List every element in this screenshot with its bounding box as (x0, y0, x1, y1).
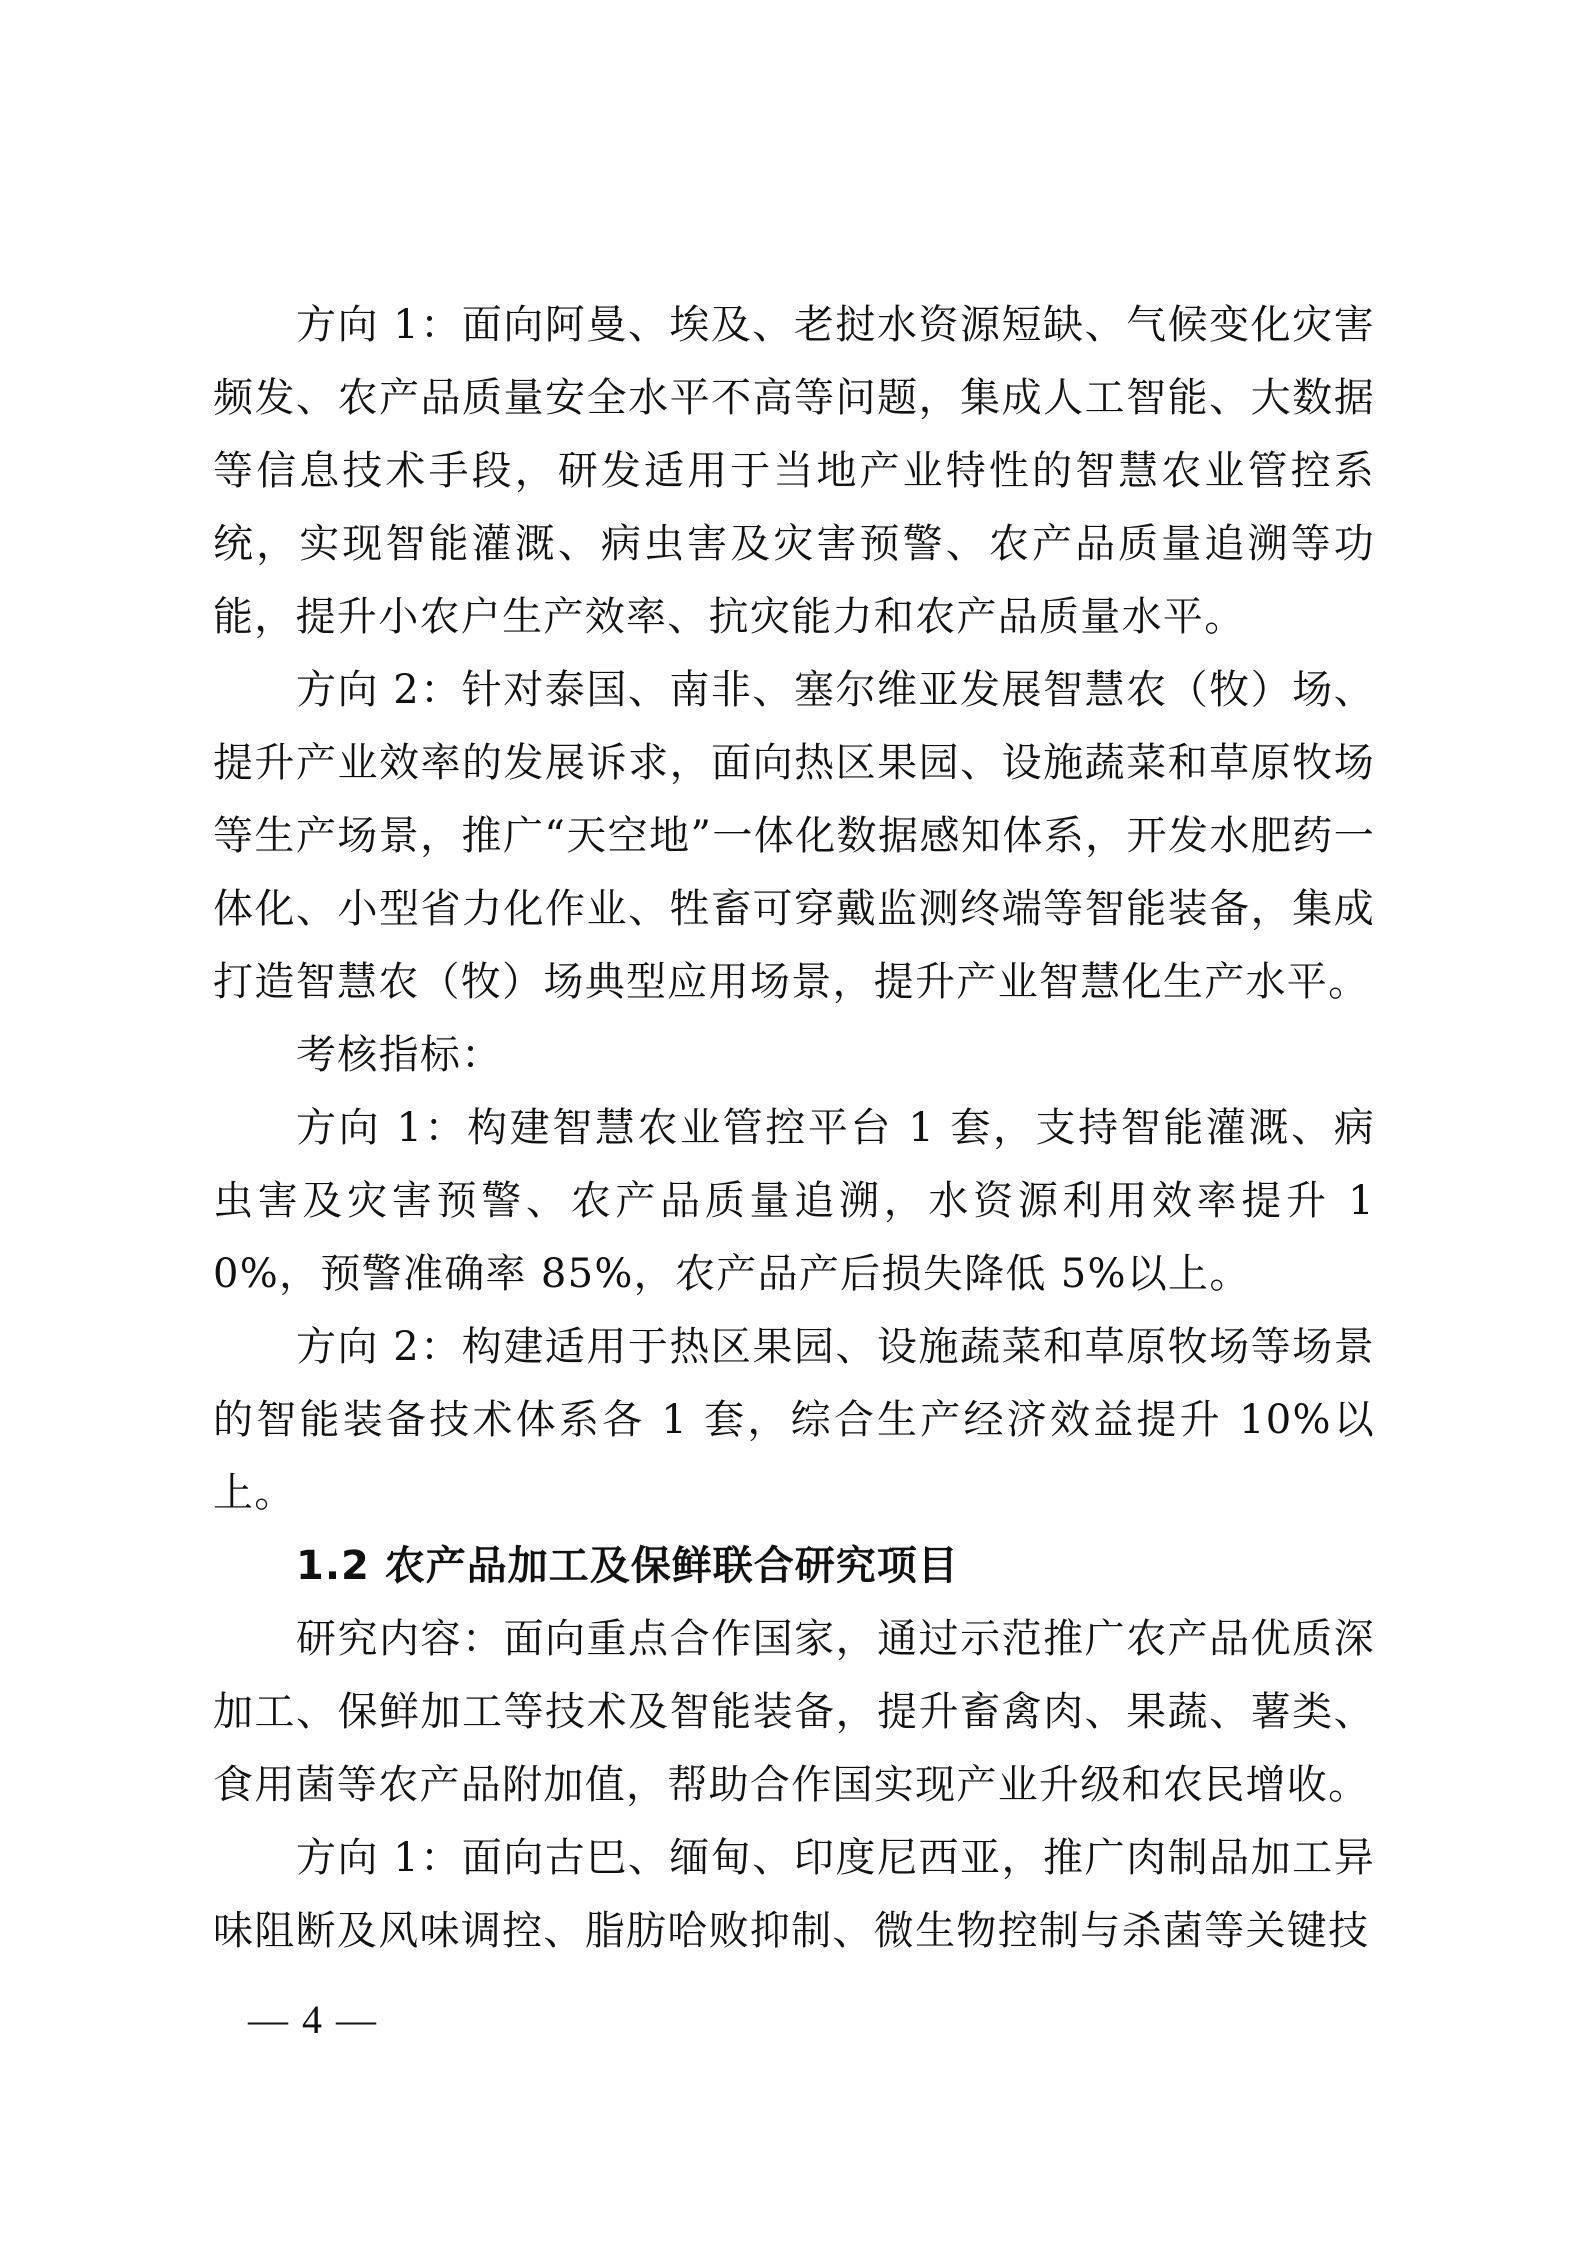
paragraph-direction-2-content: 方向 2：针对泰国、南非、塞尔维亚发展智慧农（牧）场、提升产业效率的发展诉求，面… (213, 654, 1375, 1019)
document-page: 方向 1：面向阿曼、埃及、老挝水资源短缺、气候变化灾害频发、农产品质量安全水平不… (213, 289, 1375, 1968)
paragraph-assessment-direction-2: 方向 2：构建适用于热区果园、设施蔬菜和草原牧场等场景的智能装备技术体系各 1 … (213, 1311, 1375, 1530)
page-number: — 4 — (248, 1998, 378, 2042)
paragraph-direction-1-content: 方向 1：面向阿曼、埃及、老挝水资源短缺、气候变化灾害频发、农产品质量安全水平不… (213, 289, 1375, 654)
paragraph-1-2-direction-1: 方向 1：面向古巴、缅甸、印度尼西亚，推广肉制品加工异味阻断及风味调控、脂肪哈败… (213, 1822, 1375, 1968)
paragraph-assessment-direction-1: 方向 1：构建智慧农业管控平台 1 套，支持智能灌溉、病虫害及灾害预警、农产品质… (213, 1092, 1375, 1311)
section-heading-1-2: 1.2 农产品加工及保鲜联合研究项目 (213, 1530, 1375, 1603)
paragraph-research-content: 研究内容：面向重点合作国家，通过示范推广农产品优质深加工、保鲜加工等技术及智能装… (213, 1603, 1375, 1822)
paragraph-assessment-label: 考核指标： (213, 1019, 1375, 1092)
